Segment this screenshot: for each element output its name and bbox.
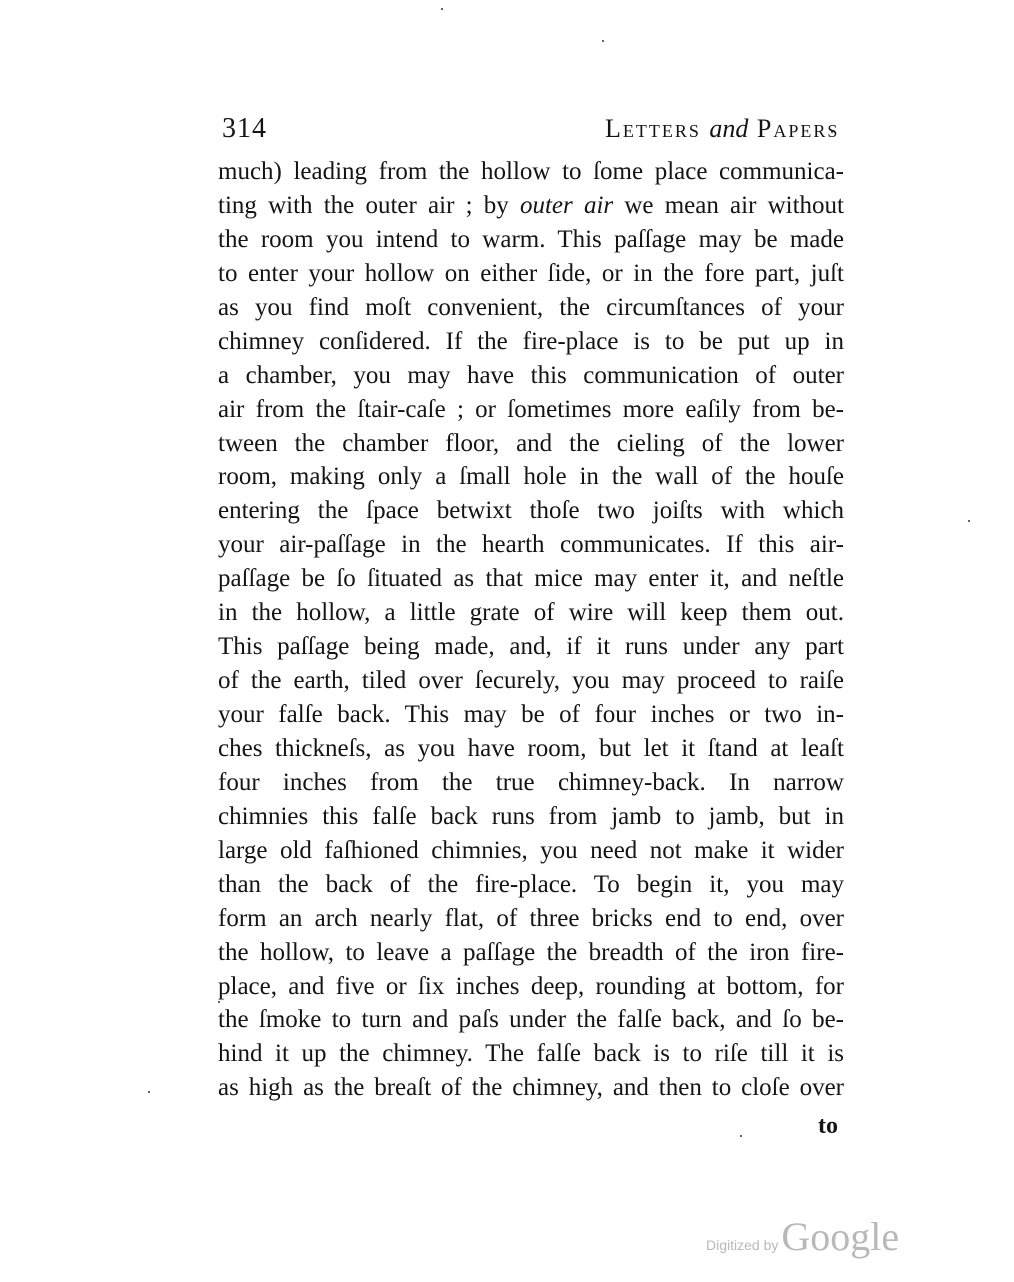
text-line: than the back of the fire-place. To begi…: [218, 868, 844, 902]
scanned-book-page: 314 Letters and Papers much) leading fro…: [0, 0, 1014, 1282]
running-title-part1: Letters: [605, 114, 709, 143]
text-line: the ſmoke to turn and paſs under the fal…: [218, 1003, 844, 1037]
text-line: your falſe back. This may be of four inc…: [218, 698, 844, 732]
text-line: This paſſage being made, and, if it runs…: [218, 630, 844, 664]
scan-speck: [218, 1001, 220, 1003]
scan-speck: [148, 1091, 150, 1093]
text-line: form an arch nearly flat, of three brick…: [218, 902, 844, 936]
text-line: chimnies this falſe back runs from jamb …: [218, 800, 844, 834]
page-header: 314 Letters and Papers: [220, 112, 850, 146]
text-line: entering the ſpace betwixt thoſe two joi…: [218, 494, 844, 528]
text-line: much) leading from the hollow to ſome pl…: [218, 155, 844, 189]
text-line-part: ting with the outer air ; by: [218, 192, 520, 219]
text-line: air from the ſtair-caſe ; or ſometimes m…: [218, 393, 844, 427]
text-line: hind it up the chimney. The falſe back i…: [218, 1037, 844, 1071]
text-line: paſſage be ſo ſituated as that mice may …: [218, 562, 844, 596]
text-line: a chamber, you may have this communicati…: [218, 359, 844, 393]
text-line: four inches from the true chimney-back. …: [218, 766, 844, 800]
catchword: to: [818, 1109, 838, 1143]
scan-speck: [968, 520, 970, 522]
text-line: chimney conſidered. If the fire-place is…: [218, 325, 844, 359]
text-line: ting with the outer air ; by outer air w…: [218, 189, 844, 223]
text-line: as you find moſt convenient, the circumſ…: [218, 291, 844, 325]
text-line: place, and five or ſix inches deep, roun…: [218, 970, 844, 1004]
scan-speck: [740, 1135, 742, 1137]
text-line: large old faſhioned chimnies, you need n…: [218, 834, 844, 868]
text-line: tween the chamber floor, and the cieling…: [218, 427, 844, 461]
running-title-part2: Papers: [748, 114, 839, 143]
watermark-prefix: Digitized by: [706, 1237, 778, 1253]
running-title-italic: and: [709, 114, 748, 143]
running-title: Letters and Papers: [605, 112, 839, 146]
text-line: the room you intend to warm. This paſſag…: [218, 223, 844, 257]
text-line: to enter your hollow on either ſide, or …: [218, 257, 844, 291]
text-line: in the hollow, a little grate of wire wi…: [218, 596, 844, 630]
text-line-part: we mean air without: [613, 192, 844, 219]
google-logo: Google: [781, 1213, 899, 1260]
text-line: your air-paſſage in the hearth communica…: [218, 528, 844, 562]
text-line: as high as the breaſt of the chimney, an…: [218, 1071, 844, 1105]
text-line: of the earth, tiled over ſecurely, you m…: [218, 664, 844, 698]
text-line-italic: outer air: [520, 192, 613, 219]
page-number: 314: [222, 112, 267, 146]
body-text: much) leading from the hollow to ſome pl…: [218, 155, 844, 1105]
digitized-by-google-watermark: Digitized by Google: [706, 1213, 899, 1263]
text-line: room, making only a ſmall hole in the wa…: [218, 460, 844, 494]
scan-speck: [441, 8, 443, 10]
scan-speck: [831, 131, 833, 133]
text-line: the hollow, to leave a paſſage the bread…: [218, 936, 844, 970]
text-line: ches thickneſs, as you have room, but le…: [218, 732, 844, 766]
scan-speck: [602, 40, 604, 42]
